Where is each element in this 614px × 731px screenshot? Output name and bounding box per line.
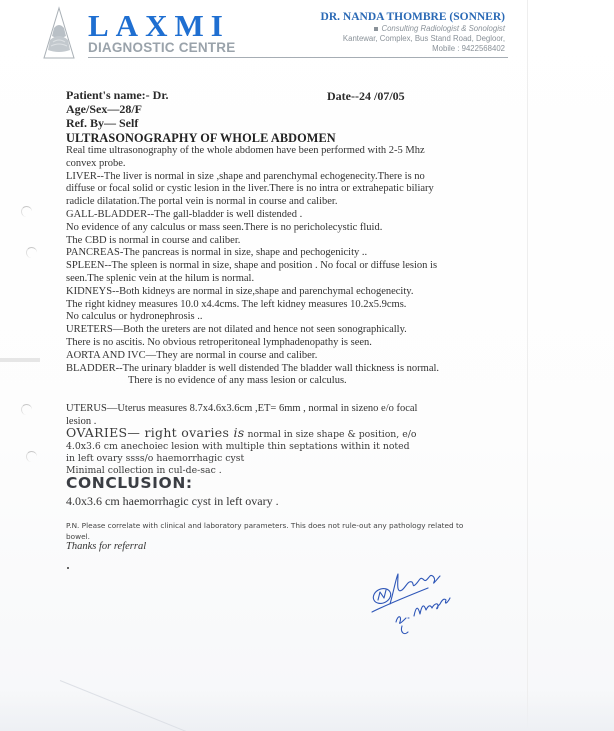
report-title: ULTRASONOGRAPHY OF WHOLE ABDOMEN bbox=[66, 131, 336, 146]
findings-section: Real time ultrasonography of the whole a… bbox=[66, 145, 526, 388]
finding-line: There is no ascitis. No obvious retroper… bbox=[66, 337, 526, 350]
finding-line: diffuse or focal solid or cystic lesion … bbox=[66, 183, 526, 196]
doctor-address: Kantewar, Complex, Bus Stand Road, Deglo… bbox=[320, 34, 505, 44]
finding-line: BLADDER--The urinary bladder is well dis… bbox=[66, 363, 526, 376]
doctor-name: DR. NANDA THOMBRE (SONNER) bbox=[320, 10, 505, 24]
brand-subtitle: DIAGNOSTIC CENTRE bbox=[88, 41, 235, 55]
scan-artifact bbox=[0, 358, 40, 362]
punch-hole bbox=[21, 404, 32, 415]
disclaimer-line: P.N. Please correlate with clinical and … bbox=[66, 520, 466, 531]
finding-line: AORTA AND IVC—They are normal in course … bbox=[66, 350, 526, 363]
ovaries-line: OVARIES— right ovaries is normal in size… bbox=[66, 427, 526, 441]
header-divider bbox=[88, 57, 508, 58]
finding-line: LIVER--The liver is normal in size ,shap… bbox=[66, 171, 526, 184]
ink-dot bbox=[67, 567, 69, 569]
bullet-square-icon bbox=[374, 27, 378, 31]
finding-line: The right kidney measures 10.0 x4.4cms. … bbox=[66, 299, 526, 312]
uterus-line: UTERUS—Uterus measures 8.7x4.6x3.6cm ,ET… bbox=[66, 403, 526, 416]
thanks-note: Thanks for referral bbox=[66, 541, 146, 552]
doctor-mobile: Mobile : 9422568402 bbox=[320, 44, 505, 54]
disclaimer-note: P.N. Please correlate with clinical and … bbox=[66, 520, 466, 542]
finding-line: URETERS—Both the ureters are not dilated… bbox=[66, 324, 526, 337]
handwritten-signature-icon bbox=[368, 560, 478, 640]
finding-line: PANCREAS-The pancreas is normal in size,… bbox=[66, 247, 526, 260]
ovaries-section: OVARIES— right ovaries is normal in size… bbox=[66, 427, 526, 477]
triangle-temple-logo-icon bbox=[42, 6, 76, 62]
doctor-title-text: Consulting Radiologist & Sonologist bbox=[381, 24, 505, 33]
ovaries-heading: OVARIES— bbox=[66, 425, 140, 440]
referred-by: Ref. By— Self bbox=[66, 117, 138, 130]
finding-line: seen.The splenic vein at the hilum is no… bbox=[66, 273, 526, 286]
patient-age-sex: Age/Sex—28/F bbox=[66, 103, 142, 116]
conclusion-heading: CONCLUSION: bbox=[66, 474, 193, 492]
paper-edge bbox=[527, 0, 528, 731]
ovaries-text: normal in size shape & position, e/o bbox=[244, 429, 416, 440]
finding-line: No evidence of any calculus or mass seen… bbox=[66, 222, 526, 235]
finding-line: No calculus or hydronephrosis .. bbox=[66, 311, 526, 324]
patient-name: Patient's name:- Dr. bbox=[66, 89, 169, 102]
ovaries-text: right ovaries bbox=[140, 425, 233, 440]
finding-line: GALL-BLADDER--The gall-bladder is well d… bbox=[66, 209, 526, 222]
ovaries-line: in left ovary ssss/o haemorrhagic cyst bbox=[66, 453, 526, 465]
brand-name: LAXMI bbox=[88, 10, 230, 41]
report-date: Date--24 /07/05 bbox=[327, 89, 405, 104]
finding-line: SPLEEN--The spleen is normal in size, sh… bbox=[66, 260, 526, 273]
punch-hole bbox=[21, 206, 32, 217]
finding-line: convex probe. bbox=[66, 158, 526, 171]
doctor-info: DR. NANDA THOMBRE (SONNER) Consulting Ra… bbox=[320, 10, 505, 54]
finding-line: radicle dilatation.The portal vein is no… bbox=[66, 196, 526, 209]
doctor-title: Consulting Radiologist & Sonologist bbox=[320, 24, 505, 34]
ovaries-text-italic: is bbox=[233, 425, 244, 440]
conclusion-text: 4.0x3.6 cm haemorrhagic cyst in left ova… bbox=[66, 494, 279, 509]
punch-hole bbox=[26, 451, 37, 462]
finding-line: KIDNEYS--Both kidneys are normal in size… bbox=[66, 286, 526, 299]
paper-shadow bbox=[0, 690, 614, 731]
finding-line: The CBD is normal in course and caliber. bbox=[66, 235, 526, 248]
punch-hole bbox=[26, 247, 37, 258]
ovaries-line: 4.0x3.6 cm anechoiec lesion with multipl… bbox=[66, 441, 526, 453]
finding-line: Real time ultrasonography of the whole a… bbox=[66, 145, 526, 158]
finding-line: There is no evidence of any mass lesion … bbox=[66, 375, 526, 388]
